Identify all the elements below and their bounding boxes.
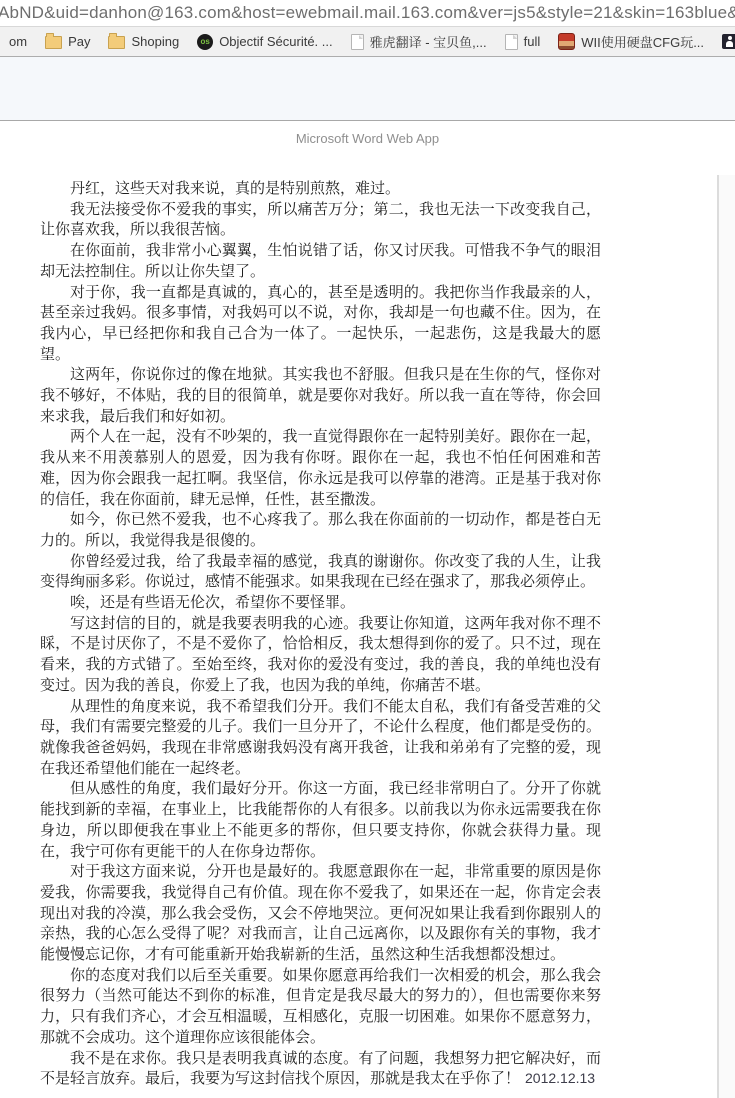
paragraph: 从理性的角度来说，我不希望我们分开。我们不能太自私，我们有备受苦难的父母，我们有… bbox=[40, 696, 601, 779]
page-icon bbox=[351, 34, 364, 50]
bookmark-label: Pay bbox=[68, 34, 90, 49]
bookmarks-bar: om Pay Shoping os Objectif Sécurité. ...… bbox=[0, 27, 735, 57]
folder-icon bbox=[45, 36, 62, 49]
webapp-header: Microsoft Word Web App bbox=[0, 121, 735, 156]
bookmark-folder-shoping[interactable]: Shoping bbox=[99, 27, 188, 56]
bookmark-om[interactable]: om bbox=[0, 27, 36, 56]
paragraph: 我无法接受你不爱我的事实，所以痛苦万分；第二，我也无法一下改变我自己，让你喜欢我… bbox=[40, 199, 601, 240]
person-favicon-icon bbox=[722, 34, 735, 49]
bookmark-label: 雅虎翻译 - 宝贝鱼,... bbox=[370, 32, 487, 51]
mario-favicon-icon bbox=[558, 33, 575, 50]
webapp-title: Microsoft Word Web App bbox=[296, 131, 439, 146]
paragraph: 两个人在一起，没有不吵架的，我一直觉得跟你在一起特别美好。跟你在一起，我从来不用… bbox=[40, 426, 601, 509]
paragraph: 唉，还是有些语无伦次，希望你不要怪罪。 bbox=[40, 592, 601, 613]
letter-body: 丹红，这些天对我来说，真的是特别煎熬，难过。 我无法接受你不爱我的事实，所以痛苦… bbox=[40, 178, 601, 1089]
os-favicon-icon: os bbox=[197, 34, 213, 50]
paragraph: 你的态度对我们以后至关重要。如果你愿意再给我们一次相爱的机会，那么我会很努力（当… bbox=[40, 965, 601, 1048]
url-text[interactable]: AbND&uid=danhon@163.com&host=ewebmail.ma… bbox=[0, 3, 735, 23]
paragraph: 写这封信的目的，就是我要表明我的心迹。我要让你知道，这两年我对你不理不睬，不是讨… bbox=[40, 613, 601, 696]
bookmark-yahoo-translate[interactable]: 雅虎翻译 - 宝贝鱼,... bbox=[342, 27, 496, 56]
bookmark-full[interactable]: full bbox=[496, 27, 550, 56]
paragraph-with-date: 我不是在求你。我只是表明我真诚的态度。有了问题，我想努力把它解决好，而不是轻言放… bbox=[40, 1048, 601, 1089]
paragraph: 在你面前，我非常小心翼翼，生怕说错了话，你又讨厌我。可惜我不争气的眼泪却无法控制… bbox=[40, 240, 601, 281]
bookmark-objectif-securite[interactable]: os Objectif Sécurité. ... bbox=[188, 27, 341, 56]
paragraph: 如今，你已然不爱我，也不心疼我了。那么我在你面前的一切动作，都是苍白无力的。所以… bbox=[40, 509, 601, 550]
folder-icon bbox=[108, 36, 125, 49]
bookmark-label: om bbox=[9, 34, 27, 49]
bookmark-wii-cfg[interactable]: WII使用硬盘CFG玩... bbox=[549, 27, 713, 56]
bookmark-label: Objectif Sécurité. ... bbox=[219, 34, 332, 49]
paragraph: 对于我这方面来说，分开也是最好的。我愿意跟你在一起，非常重要的原因是你爱我，你需… bbox=[40, 861, 601, 965]
paragraph: 这两年，你说你过的像在地狱。其实我也不舒服。但我只是在生你的气，怪你对我不够好，… bbox=[40, 364, 601, 426]
paragraph: 你曾经爱过我，给了我最幸福的感觉，我真的谢谢你。你改变了我的人生，让我变得绚丽多… bbox=[40, 551, 601, 592]
page-edge-divider bbox=[717, 175, 719, 1098]
bookmark-label: full bbox=[524, 34, 541, 49]
webapp-top-area bbox=[0, 57, 735, 121]
paragraph: 丹红，这些天对我来说，真的是特别煎熬，难过。 bbox=[40, 178, 601, 199]
paragraph: 对于你，我一直都是真诚的，真心的，甚至是透明的。我把你当作我最亲的人，甚至亲过我… bbox=[40, 282, 601, 365]
scrollbar-track[interactable] bbox=[719, 175, 735, 1098]
document-page: 丹红，这些天对我来说，真的是特别煎熬，难过。 我无法接受你不爱我的事实，所以痛苦… bbox=[0, 158, 735, 1098]
bookmark-label: WII使用硬盘CFG玩... bbox=[581, 32, 704, 51]
letter-date: 2012.12.13 bbox=[525, 1070, 595, 1086]
bookmark-folder-pay[interactable]: Pay bbox=[36, 27, 99, 56]
bookmark-label: Shoping bbox=[131, 34, 179, 49]
paragraph-text: 我不是在求你。我只是表明我真诚的态度。有了问题，我想努力把它解决好，而不是轻言放… bbox=[40, 1049, 601, 1088]
paragraph: 但从感性的角度，我们最好分开。你这一方面，我已经非常明白了。分开了你就能找到新的… bbox=[40, 778, 601, 861]
bookmark-offensive[interactable]: Offensive bbox=[713, 27, 735, 56]
page-icon bbox=[505, 34, 518, 50]
address-bar[interactable]: AbND&uid=danhon@163.com&host=ewebmail.ma… bbox=[0, 0, 735, 27]
